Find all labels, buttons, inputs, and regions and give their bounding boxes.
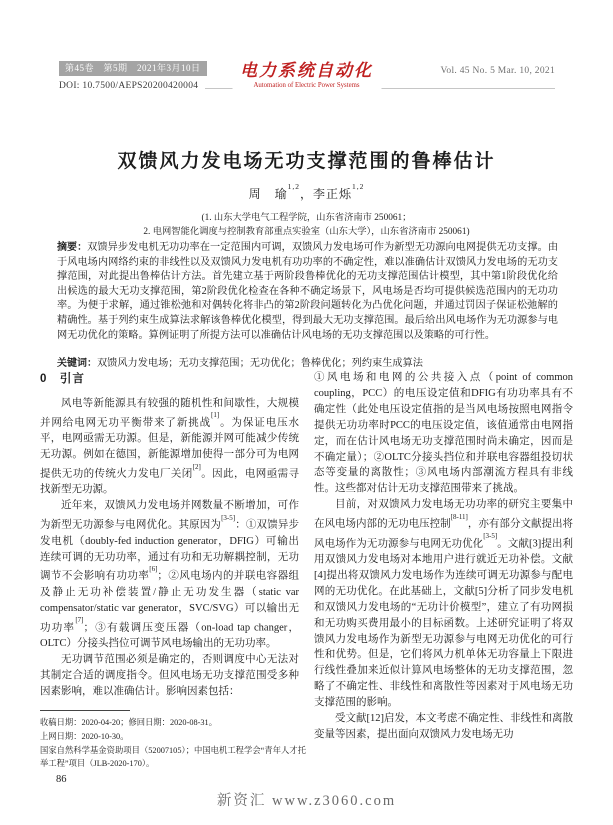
paragraph: 无功调节范围必须是确定的，否则调度中心无法对其制定合适的调度指令。但风电场无功支…	[40, 652, 299, 700]
footnote-received-date: 收稿日期：2020-04-20；修回日期：2020-08-31。	[40, 716, 306, 730]
author-2: 李正烁1,2	[313, 187, 364, 201]
author-line: 周 瑜1,2，李正烁1,2	[0, 185, 613, 202]
issue-info-badge: 第45卷 第5期 2021年3月10日	[59, 61, 207, 76]
author-2-affil-sup: 1,2	[352, 182, 364, 191]
page-number: 86	[56, 774, 67, 785]
footnote-funding: 国家自然科学基金资助项目（52007105）；中国电机工程学会“青年人才托举工程…	[40, 744, 306, 772]
footnote-divider	[40, 710, 130, 711]
page-title: 双馈风力发电场无功支撑范围的鲁棒估计	[0, 146, 613, 173]
header-divider-right	[371, 88, 555, 89]
paragraph: 风电等新能源具有较强的随机性和间歇性，大规模并网给电网无功平衡带来了新挑战[1]…	[40, 396, 299, 498]
watermark-text: 新资汇 www.z3060.com	[0, 789, 613, 810]
footnote-online-date: 上网日期：2020-10-30。	[40, 730, 306, 744]
author-separator: ，	[300, 187, 313, 201]
body-columns: 0 引言 风电等新能源具有较强的随机性和间歇性，大规模并网给电网无功平衡带来了新…	[40, 370, 573, 762]
abstract-label: 摘要：	[57, 242, 87, 253]
paragraph: ①风电场和电网的公共接入点（point of common coupling，P…	[314, 370, 573, 497]
abstract-text: 双馈异步发电机无功功率在一定范围内可调，双馈风力发电场可作为新型无功源向电网提供…	[57, 242, 558, 341]
author-1-affil-sup: 1,2	[288, 182, 300, 191]
right-column: ①风电场和电网的公共接入点（point of common coupling，P…	[314, 370, 573, 743]
journal-name-en: Automation of Electric Power Systems	[240, 82, 373, 89]
keywords-label: 关键词：	[57, 358, 97, 369]
left-column: 0 引言 风电等新能源具有较强的随机性和间歇性，大规模并网给电网无功平衡带来了新…	[40, 370, 299, 700]
section-heading-intro: 0 引言	[40, 372, 299, 388]
author-1: 周 瑜1,2	[249, 187, 300, 201]
journal-logo: 电力系统自动化 Automation of Electric Power Sys…	[232, 56, 381, 89]
keywords-text: 双馈风力发电场；无功支撑范围；无功优化；鲁棒优化；列约束生成算法	[97, 358, 423, 369]
affiliation-1: (1. 山东大学电气工程学院，山东省济南市 250061；	[0, 209, 613, 223]
paragraph: 目前，对双馈风力发电场无功功率的研究主要集中在风电场内部的无功电压控制[8-11…	[314, 497, 573, 711]
journal-name-cn: 电力系统自动化	[240, 56, 373, 81]
paragraph: 受文献[12]启发，本文考虑不确定性、非线性和离散变量等因素，提出面向双馈风力发…	[314, 711, 573, 743]
affiliation-2: 2. 电网智能化调度与控制教育部重点实验室（山东大学），山东省济南市 25006…	[0, 223, 613, 237]
paper-page: 第45卷 第5期 2021年3月10日 DOI: 10.7500/AEPS202…	[0, 0, 613, 825]
doi-text: DOI: 10.7500/AEPS20200420004	[59, 81, 198, 91]
paragraph: 近年来，双馈风力发电场并网数量不断增加，可作为新型无功源参与电网优化。其原因为[…	[40, 498, 299, 652]
footnote-block: 收稿日期：2020-04-20；修回日期：2020-08-31。 上网日期：20…	[40, 710, 306, 771]
volume-info: Vol. 45 No. 5 Mar. 10, 2021	[440, 66, 555, 76]
abstract-block: 摘要：双馈异步发电机无功功率在一定范围内可调，双馈风力发电场可作为新型无功源向电…	[57, 241, 558, 343]
